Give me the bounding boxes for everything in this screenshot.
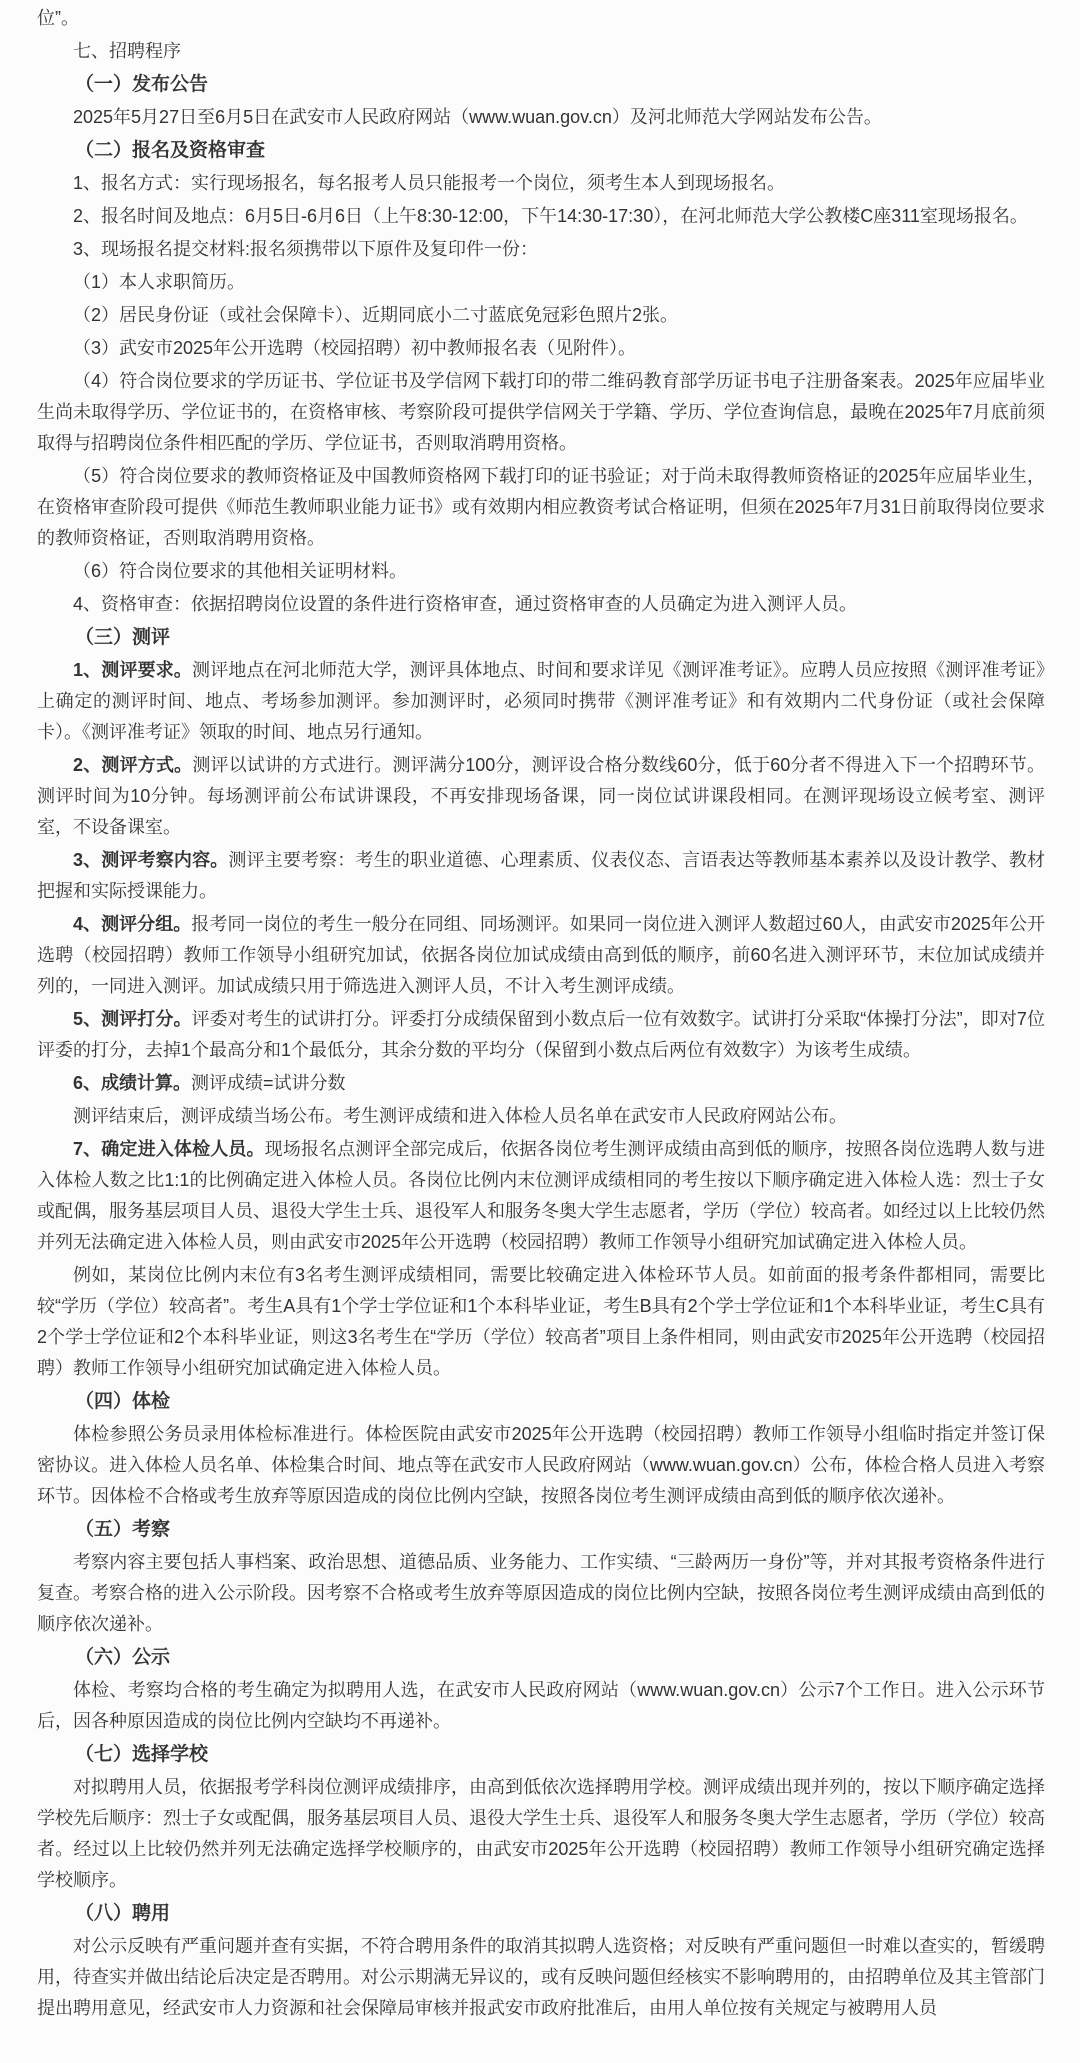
paragraph: 体检参照公务员录用体检标准进行。体检医院由武安市2025年公开选聘（校园招聘）教…	[37, 1419, 1045, 1512]
paragraph: 6、成绩计算。测评成绩=试讲分数	[37, 1068, 1045, 1099]
paragraph-text: （六）公示	[75, 1647, 170, 1668]
section-heading: （三）测评	[37, 622, 1045, 653]
paragraph-text: （3）武安市2025年公开选聘（校园招聘）初中教师报名表（见附件）。	[73, 338, 636, 358]
paragraph-emphasis: 7、确定进入体检人员。	[73, 1139, 265, 1159]
paragraph: （2）居民身份证（或社会保障卡）、近期同底小二寸蓝底免冠彩色照片2张。	[37, 300, 1045, 331]
paragraph-text: 对拟聘用人员，依据报考学科岗位测评成绩排序，由高到低依次选择聘用学校。测评成绩出…	[37, 1777, 1045, 1890]
paragraph-text: （4）符合岗位要求的学历证书、学位证书及学信网下载打印的带二维码教育部学历证书电…	[37, 371, 1045, 453]
paragraph: （6）符合岗位要求的其他相关证明材料。	[37, 556, 1045, 587]
paragraph-emphasis: 3、测评考察内容。	[73, 850, 228, 870]
paragraph: （1）本人求职简历。	[37, 267, 1045, 298]
paragraph: 1、测评要求。测评地点在河北师范大学，测评具体地点、时间和要求详见《测评准考证》…	[37, 655, 1045, 748]
paragraph: 例如，某岗位比例内末位有3名考生测评成绩相同，需要比较确定进入体检环节人员。如前…	[37, 1260, 1045, 1384]
article-body: 位”。 七、招聘程序 （一）发布公告 2025年5月27日至6月5日在武安市人民…	[37, 3, 1045, 2024]
paragraph: 对公示反映有严重问题并查有实据，不符合聘用条件的取消其拟聘人选资格；对反映有严重…	[37, 1931, 1045, 2024]
paragraph: 1、报名方式：实行现场报名，每名报考人员只能报考一个岗位，须考生本人到现场报名。	[37, 168, 1045, 199]
paragraph-text: （八）聘用	[75, 1903, 170, 1924]
paragraph: 4、测评分组。报考同一岗位的考生一般分在同组、同场测评。如果同一岗位进入测评人数…	[37, 909, 1045, 1002]
paragraph-text: 对公示反映有严重问题并查有实据，不符合聘用条件的取消其拟聘人选资格；对反映有严重…	[37, 1936, 1045, 2018]
paragraph-text: 体检参照公务员录用体检标准进行。体检医院由武安市2025年公开选聘（校园招聘）教…	[37, 1424, 1045, 1506]
paragraph-text: 例如，某岗位比例内末位有3名考生测评成绩相同，需要比较确定进入体检环节人员。如前…	[37, 1265, 1045, 1378]
paragraph: 5、测评打分。评委对考生的试讲打分。评委打分成绩保留到小数点后一位有效数字。试讲…	[37, 1004, 1045, 1066]
paragraph-text: （四）体检	[75, 1391, 170, 1412]
paragraph-text: 1、报名方式：实行现场报名，每名报考人员只能报考一个岗位，须考生本人到现场报名。	[73, 173, 785, 193]
paragraph-text: （6）符合岗位要求的其他相关证明材料。	[73, 561, 407, 581]
paragraph-text: （二）报名及资格审查	[75, 140, 265, 161]
paragraph: 测评结束后，测评成绩当场公布。考生测评成绩和进入体检人员名单在武安市人民政府网站…	[37, 1101, 1045, 1132]
paragraph-text: （七）选择学校	[75, 1744, 208, 1765]
paragraph-text: （五）考察	[75, 1519, 170, 1540]
paragraph: （5）符合岗位要求的教师资格证及中国教师资格网下载打印的证书验证；对于尚未取得教…	[37, 461, 1045, 554]
paragraph-text: 考察内容主要包括人事档案、政治思想、道德品质、业务能力、工作实绩、“三龄两历一身…	[37, 1552, 1045, 1634]
paragraph-text: （5）符合岗位要求的教师资格证及中国教师资格网下载打印的证书验证；对于尚未取得教…	[37, 466, 1045, 548]
section-heading: （七）选择学校	[37, 1739, 1045, 1770]
paragraph-emphasis: 6、成绩计算。	[73, 1073, 191, 1093]
paragraph-emphasis: 1、测评要求。	[73, 660, 192, 680]
paragraph-text: 2、报名时间及地点：6月5日-6月6日（上午8:30-12:00，下午14:30…	[73, 206, 1028, 226]
section-heading: （二）报名及资格审查	[37, 135, 1045, 166]
paragraph: 2、测评方式。测评以试讲的方式进行。测评满分100分，测评设合格分数线60分，低…	[37, 750, 1045, 843]
paragraph: 位”。	[37, 3, 1045, 34]
section-heading: （五）考察	[37, 1514, 1045, 1545]
paragraph-text: 2025年5月27日至6月5日在武安市人民政府网站（www.wuan.gov.c…	[73, 107, 882, 127]
paragraph: 2025年5月27日至6月5日在武安市人民政府网站（www.wuan.gov.c…	[37, 102, 1045, 133]
recruitment-notice-document: 位”。 七、招聘程序 （一）发布公告 2025年5月27日至6月5日在武安市人民…	[0, 0, 1080, 2063]
paragraph-text: 体检、考察均合格的考生确定为拟聘用人选，在武安市人民政府网站（www.wuan.…	[37, 1680, 1045, 1731]
paragraph: 2、报名时间及地点：6月5日-6月6日（上午8:30-12:00，下午14:30…	[37, 201, 1045, 232]
paragraph-text: （1）本人求职简历。	[73, 272, 245, 292]
paragraph: 3、现场报名提交材料:报名须携带以下原件及复印件一份：	[37, 234, 1045, 265]
paragraph: （3）武安市2025年公开选聘（校园招聘）初中教师报名表（见附件）。	[37, 333, 1045, 364]
paragraph-text: （2）居民身份证（或社会保障卡）、近期同底小二寸蓝底免冠彩色照片2张。	[73, 305, 678, 325]
paragraph: 对拟聘用人员，依据报考学科岗位测评成绩排序，由高到低依次选择聘用学校。测评成绩出…	[37, 1772, 1045, 1896]
paragraph: 7、确定进入体检人员。现场报名点测评全部完成后，依据各岗位考生测评成绩由高到低的…	[37, 1134, 1045, 1258]
section-heading: （一）发布公告	[37, 69, 1045, 100]
paragraph-text: 3、现场报名提交材料:报名须携带以下原件及复印件一份：	[73, 239, 538, 259]
section-title: 七、招聘程序	[37, 36, 1045, 67]
paragraph: 3、测评考察内容。测评主要考察：考生的职业道德、心理素质、仪表仪态、言语表达等教…	[37, 845, 1045, 907]
paragraph-emphasis: 4、测评分组。	[73, 914, 191, 934]
paragraph-text: 七、招聘程序	[73, 41, 181, 61]
paragraph-emphasis: 5、测评打分。	[73, 1009, 192, 1029]
paragraph-text: 测评结束后，测评成绩当场公布。考生测评成绩和进入体检人员名单在武安市人民政府网站…	[73, 1106, 847, 1126]
paragraph: 4、资格审查：依据招聘岗位设置的条件进行资格审查，通过资格审查的人员确定为进入测…	[37, 589, 1045, 620]
paragraph: 考察内容主要包括人事档案、政治思想、道德品质、业务能力、工作实绩、“三龄两历一身…	[37, 1547, 1045, 1640]
paragraph-emphasis: 2、测评方式。	[73, 755, 192, 775]
section-heading: （六）公示	[37, 1642, 1045, 1673]
paragraph: （4）符合岗位要求的学历证书、学位证书及学信网下载打印的带二维码教育部学历证书电…	[37, 366, 1045, 459]
paragraph-text: （三）测评	[75, 627, 170, 648]
paragraph: 体检、考察均合格的考生确定为拟聘用人选，在武安市人民政府网站（www.wuan.…	[37, 1675, 1045, 1737]
section-heading: （八）聘用	[37, 1898, 1045, 1929]
paragraph-text: （一）发布公告	[75, 74, 208, 95]
section-heading: （四）体检	[37, 1386, 1045, 1417]
paragraph-text: 4、资格审查：依据招聘岗位设置的条件进行资格审查，通过资格审查的人员确定为进入测…	[73, 594, 857, 614]
paragraph-text: 测评成绩=试讲分数	[191, 1073, 346, 1093]
paragraph-text: 位”。	[37, 8, 79, 28]
